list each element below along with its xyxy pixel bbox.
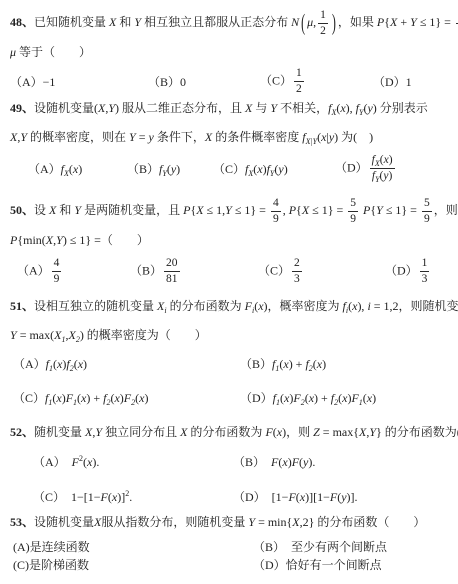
question-51-option-b: （B）f1(x) + f2(x) — [240, 354, 454, 374]
question-48-number: 48、 — [10, 15, 34, 29]
question-50: 50、设 X 和 Y 是两随机变量，且 P{X ≤ 1,Y ≤ 1} = 49,… — [10, 196, 454, 286]
question-49-stem: 49、设随机变量(X,Y) 服从二维正态分布，且 X 与 Y 不相关，fX(x)… — [10, 94, 454, 152]
question-52-stem: 52、随机变量 X,Y 独立同分布且 X 的分布函数为 F(x)，则 Z = m… — [10, 418, 454, 447]
question-53-number: 53、 — [10, 515, 34, 529]
question-49-option-a: （A）fX(x) — [28, 159, 127, 179]
question-51-options: （A）f1(x)f2(x) （B）f1(x) + f2(x) （C）f1(x)F… — [10, 354, 454, 408]
question-52-options: （A） F2(x). （B） F(x)F(y). （C） 1−[1−F(x)]2… — [10, 452, 454, 507]
question-49-text: 设随机变量(X,Y) 服从二维正态分布，且 X 与 Y 不相关，fX(x), f… — [10, 101, 428, 144]
question-51-text: 设相互独立的随机变量 Xi 的分布函数为 Fi(x)，概率密度为 fi(x), … — [10, 299, 458, 342]
question-49-number: 49、 — [10, 101, 34, 115]
question-50-options: （A）49 （B）2081 （C）23 （D）13 — [10, 257, 454, 286]
question-51-stem: 51、设相互独立的随机变量 Xi 的分布函数为 Fi(x)，概率密度为 fi(x… — [10, 292, 454, 350]
question-53-option-b: （B） 至少有两个间断点 — [253, 539, 454, 556]
question-53-text: 设随机变量X服从指数分布，则随机变量 Y = min{X,2} 的分布函数（ ） — [34, 515, 425, 529]
question-49-option-b: （B）fY(y) — [127, 159, 213, 179]
question-50-option-b: （B）2081 — [130, 257, 258, 286]
question-49-options: （A）fX(x) （B）fY(y) （C）fX(x)fY(y) （D）fX(x)… — [10, 154, 454, 183]
question-49-option-d: （D）fX(x)fY(y) — [335, 154, 454, 183]
question-50-option-d: （D）13 — [385, 257, 454, 286]
question-50-option-a: （A）49 — [17, 257, 130, 286]
question-51-option-a: （A）f1(x)f2(x) — [13, 354, 240, 374]
question-48-options: （A）−1 （B）0 （C）12 （D）1 — [10, 67, 454, 96]
question-52-option-c: （C） 1−[1−F(x)]2. — [33, 487, 233, 507]
question-50-option-c: （C）23 — [258, 257, 385, 286]
question-48-option-c: （C）12 — [260, 67, 373, 96]
question-52-option-a: （A） F2(x). — [33, 452, 233, 472]
question-50-text: 设 X 和 Y 是两随机变量，且 P{X ≤ 1,Y ≤ 1} = 49, P{… — [10, 203, 458, 247]
question-53-option-c: (C)是阶梯函数 — [13, 557, 253, 574]
question-51-number: 51、 — [10, 299, 34, 313]
question-48-stem: 48、已知随机变量 X 和 Y 相互独立且都服从正态分布 N(μ,12)，如果 … — [10, 8, 454, 67]
question-51-option-c: （C）f1(x)F1(x) + f2(x)F2(x) — [13, 388, 240, 408]
question-48-text: 已知随机变量 X 和 Y 相互独立且都服从正态分布 N(μ,12)，如果 P{X… — [10, 15, 458, 59]
question-48: 48、已知随机变量 X 和 Y 相互独立且都服从正态分布 N(μ,12)，如果 … — [10, 8, 454, 96]
question-53-options: (A)是连续函数 （B） 至少有两个间断点 (C)是阶梯函数 （D）恰好有一个间… — [10, 539, 454, 574]
question-52-number: 52、 — [10, 425, 34, 439]
question-52-option-d: （D） [1−F(x)][1−F(y)]. — [233, 487, 454, 507]
question-52-text: 随机变量 X,Y 独立同分布且 X 的分布函数为 F(x)，则 Z = max{… — [34, 425, 458, 439]
question-50-stem: 50、设 X 和 Y 是两随机变量，且 P{X ≤ 1,Y ≤ 1} = 49,… — [10, 196, 454, 255]
question-53-option-a: (A)是连续函数 — [13, 539, 253, 556]
question-52-option-b: （B） F(x)F(y). — [233, 452, 454, 472]
question-48-option-d: （D）1 — [373, 72, 454, 92]
question-53: 53、设随机变量X服从指数分布，则随机变量 Y = min{X,2} 的分布函数… — [10, 508, 454, 574]
question-50-number: 50、 — [10, 203, 34, 217]
question-53-option-d: （D）恰好有一个间断点 — [253, 557, 454, 574]
question-51-option-d: （D）f1(x)F2(x) + f2(x)F1(x) — [240, 388, 454, 408]
question-49: 49、设随机变量(X,Y) 服从二维正态分布，且 X 与 Y 不相关，fX(x)… — [10, 94, 454, 183]
question-48-option-b: （B）0 — [148, 72, 260, 92]
question-52: 52、随机变量 X,Y 独立同分布且 X 的分布函数为 F(x)，则 Z = m… — [10, 418, 454, 507]
question-51: 51、设相互独立的随机变量 Xi 的分布函数为 Fi(x)，概率密度为 fi(x… — [10, 292, 454, 408]
question-48-option-a: （A）−1 — [10, 72, 148, 92]
question-53-stem: 53、设随机变量X服从指数分布，则随机变量 Y = min{X,2} 的分布函数… — [10, 508, 454, 537]
question-49-option-c: （C）fX(x)fY(y) — [213, 159, 335, 179]
